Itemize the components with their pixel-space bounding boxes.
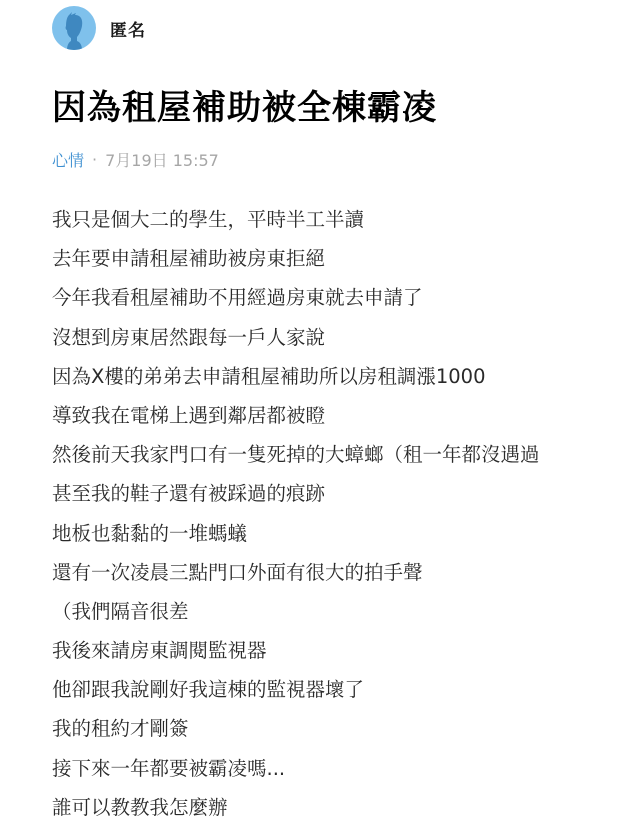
- post-meta: 心情 · 7月19日 15:57: [52, 148, 219, 171]
- body-line: 導致我在電梯上遇到鄰居都被瞪: [52, 396, 640, 435]
- anonymous-person-avatar-icon: [52, 6, 96, 50]
- author-row: 匿名: [52, 5, 146, 51]
- body-line: 他卻跟我說剛好我這棟的監視器壞了: [52, 670, 640, 709]
- post-date: 7月19日 15:57: [105, 148, 219, 171]
- body-line: （我們隔音很差: [52, 592, 640, 631]
- post-body: 我只是個大二的學生，平時半工半讀 去年要申請租屋補助被房東拒絕 今年我看租屋補助…: [52, 200, 640, 822]
- body-line: 甚至我的鞋子還有被踩過的痕跡: [52, 474, 640, 513]
- avatar[interactable]: [52, 6, 96, 50]
- post-title: 因為租屋補助被全棟霸凌: [52, 80, 437, 129]
- body-line: 沒想到房東居然跟每一戶人家說: [52, 318, 640, 357]
- body-line: 我的租約才剛簽: [52, 709, 640, 748]
- body-line: 今年我看租屋補助不用經過房東就去申請了: [52, 278, 640, 317]
- body-line: 然後前天我家門口有一隻死掉的大蟑螂（租一年都沒遇過: [52, 435, 640, 474]
- body-line: 我只是個大二的學生，平時半工半讀: [52, 200, 640, 239]
- body-line: 因為X樓的弟弟去申請租屋補助所以房租調漲1000: [52, 357, 640, 396]
- body-line: 接下來一年都要被霸凌嗎...: [52, 749, 640, 788]
- category-link[interactable]: 心情: [52, 148, 84, 171]
- body-line: 還有一次凌晨三點門口外面有很大的拍手聲: [52, 553, 640, 592]
- author-name[interactable]: 匿名: [110, 16, 146, 41]
- body-line: 去年要申請租屋補助被房東拒絕: [52, 239, 640, 278]
- body-line: 我後來請房東調閱監視器: [52, 631, 640, 670]
- body-line: 誰可以教教我怎麼辦: [52, 788, 640, 822]
- meta-separator: ·: [92, 150, 97, 169]
- body-line: 地板也黏黏的一堆螞蟻: [52, 514, 640, 553]
